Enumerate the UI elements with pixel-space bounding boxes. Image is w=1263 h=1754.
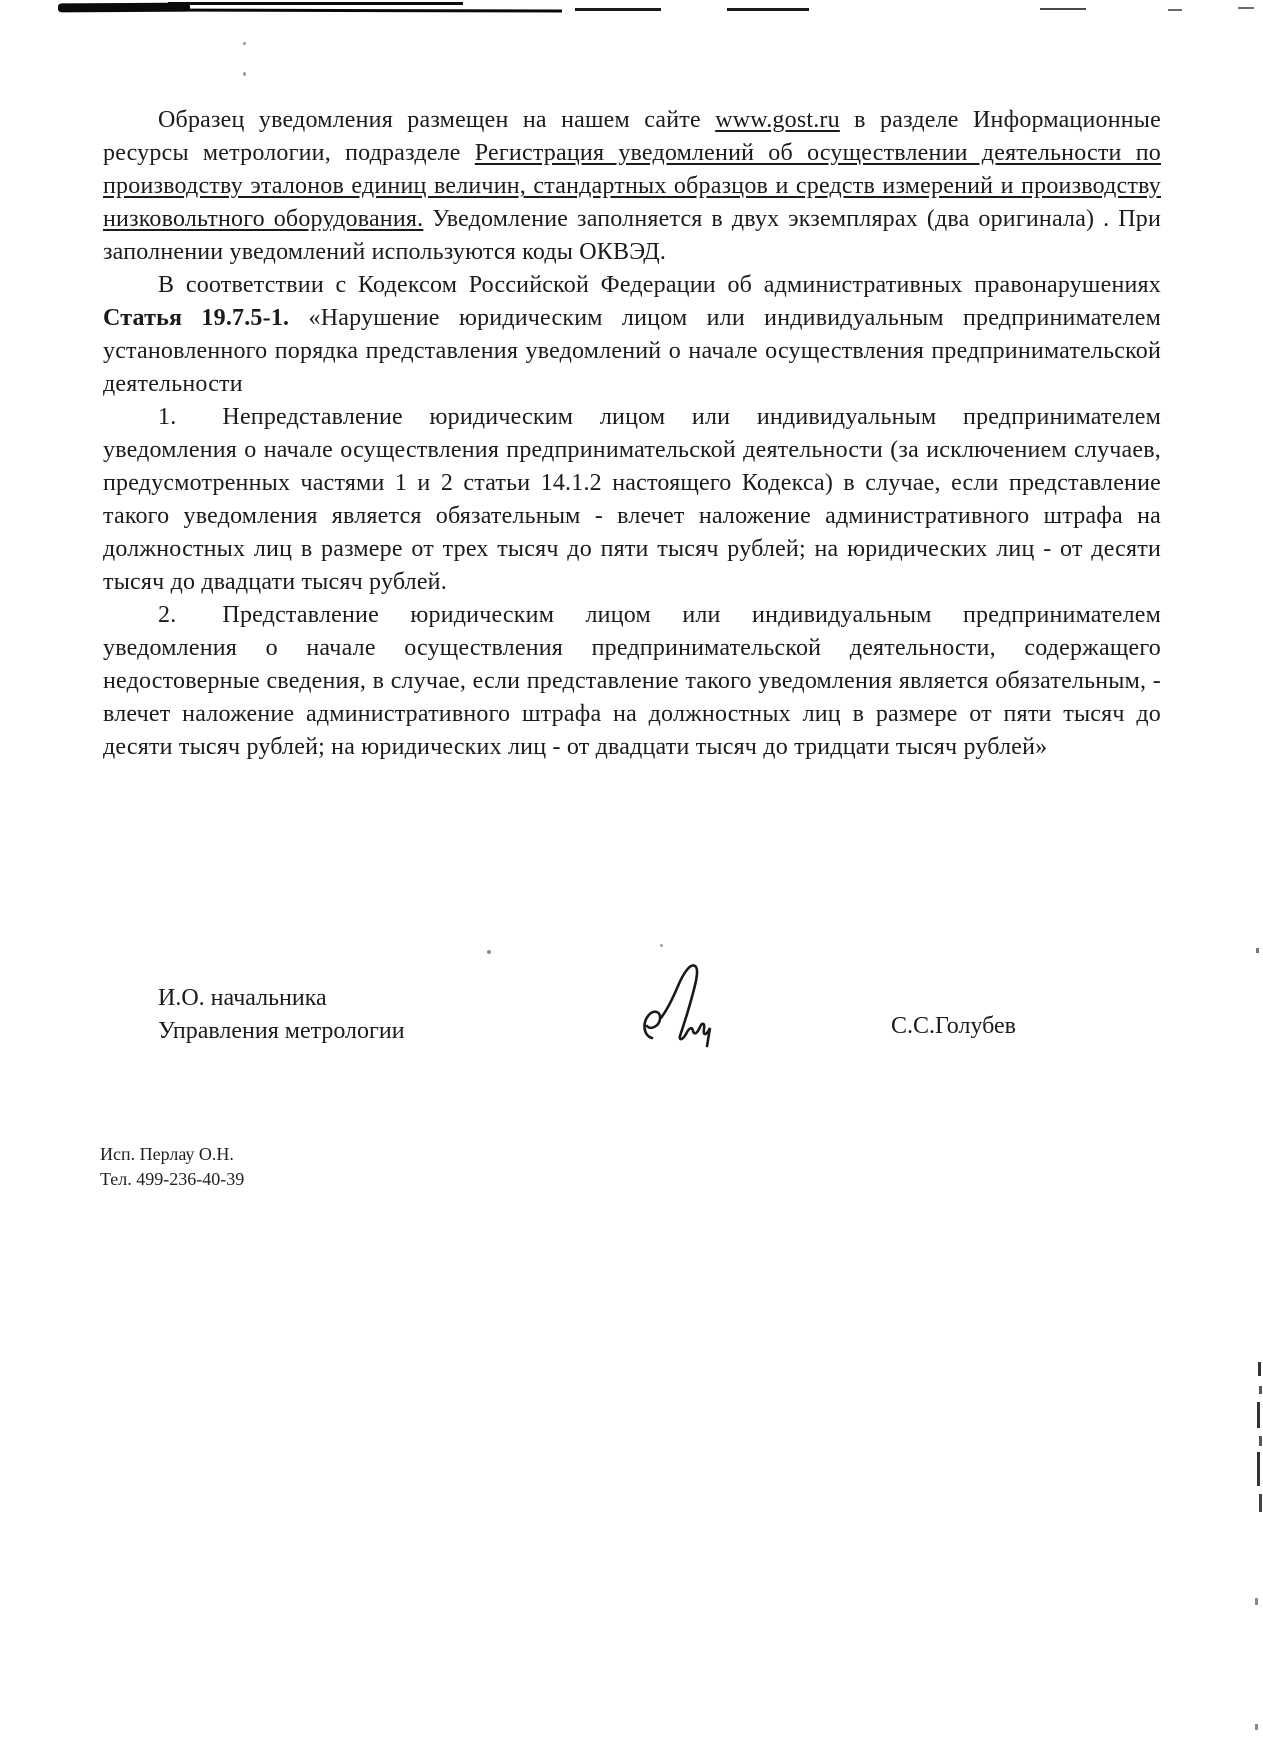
signature-block: И.О. начальника Управления метрологии С.… <box>103 982 1161 1072</box>
scan-artifact-speck <box>243 42 246 45</box>
scan-artifact-edge-dash <box>1256 948 1259 953</box>
clause-2-text: Представление юридическим лицом или инди… <box>103 602 1161 760</box>
scan-artifact-speck <box>660 944 663 947</box>
scan-artifact-line <box>150 8 562 12</box>
scan-artifact-edge-dash <box>1257 1402 1260 1428</box>
scan-artifact-edge-dash <box>1255 1598 1258 1605</box>
scan-artifact-dash <box>1168 9 1182 11</box>
scan-artifact-edge-dash <box>1259 1386 1262 1394</box>
executor-name: Исп. Перлау О.Н. <box>100 1142 244 1167</box>
kodeks-paragraph: В соответствии с Кодексом Российской Фед… <box>103 269 1161 401</box>
article-number-bold: Статья 19.7.5-1. <box>103 305 289 331</box>
signer-position-line1: И.О. начальника <box>158 982 405 1015</box>
scan-artifact-edge-dash <box>1255 1724 1258 1730</box>
scan-artifact-edge-dash <box>1259 1436 1262 1446</box>
clause-1: 1.Непредставление юридическим лицом или … <box>103 401 1161 599</box>
executor-phone: Тел. 499-236-40-39 <box>100 1167 244 1192</box>
scan-artifact-edge-dash <box>1259 1494 1262 1512</box>
clause-1-text: Непредставление юридическим лицом или ин… <box>103 404 1161 595</box>
scan-artifact-speck <box>487 950 491 954</box>
clause-1-number: 1. <box>158 404 176 430</box>
scan-artifact-dash <box>1238 7 1254 9</box>
signer-position-line2: Управления метрологии <box>158 1015 405 1048</box>
scan-artifact-edge-dash <box>1258 1362 1261 1376</box>
scan-artifact-dash <box>1040 8 1086 10</box>
scan-artifact-speck <box>243 72 246 76</box>
gost-website-link: www.gost.ru <box>715 107 840 133</box>
intro-paragraph: Образец уведомления размещен на нашем са… <box>103 104 1161 269</box>
scan-artifact-edge-dash <box>1257 1452 1260 1486</box>
signer-name: С.С.Голубев <box>891 1010 1016 1043</box>
kodeks-text-before-bold: В соответствии с Кодексом Российской Фед… <box>158 272 1161 298</box>
scanned-letter-page: Образец уведомления размещен на нашем са… <box>0 0 1263 1754</box>
clause-2-number: 2. <box>158 602 176 628</box>
clause-2: 2.Представление юридическим лицом или ин… <box>103 599 1161 764</box>
signer-position: И.О. начальника Управления метрологии <box>158 982 405 1048</box>
scan-artifact-dash <box>575 8 661 11</box>
intro-text-before-link: Образец уведомления размещен на нашем са… <box>158 107 715 133</box>
handwritten-signature <box>638 960 724 1060</box>
scan-artifact-dash <box>727 8 809 11</box>
scan-artifact-line <box>168 2 463 5</box>
executor-footer: Исп. Перлау О.Н. Тел. 499-236-40-39 <box>100 1142 244 1192</box>
letter-body: Образец уведомления размещен на нашем са… <box>103 104 1161 764</box>
